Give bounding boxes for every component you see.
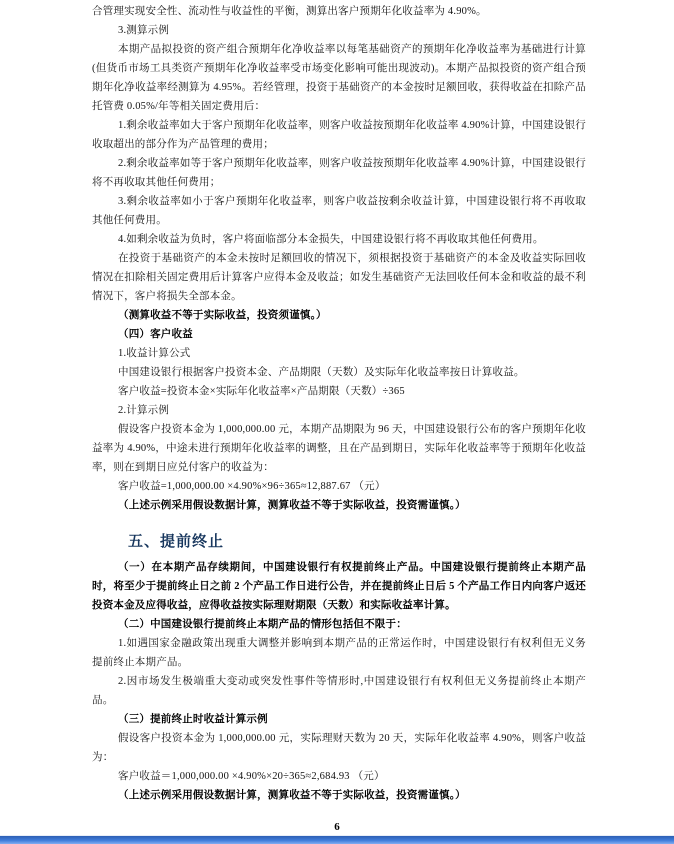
paragraph: 2.剩余收益率如等于客户预期年化收益率，则客户收益按预期年化收益率 4.90%计… (92, 154, 586, 192)
paragraph: 客户收益=投资本金×实际年化收益率×产品期限（天数）÷365 (92, 382, 586, 401)
footer-accent-bar (0, 835, 674, 844)
paragraph: 2.因市场发生极端重大变动或突发性事件等情形时,中国建设银行有权利但无义务提前终… (92, 672, 586, 710)
paragraph: 在投资于基础资产的本金未按时足额回收的情况下，须根据投资于基础资产的本金及收益实… (92, 249, 586, 306)
section-heading: 五、提前终止 (92, 531, 586, 553)
paragraph: 3.测算示例 (92, 21, 586, 40)
paragraph: （上述示例采用假设数据计算，测算收益不等于实际收益，投资需谨慎。） (92, 496, 586, 515)
paragraph: （测算收益不等于实际收益，投资须谨慎。） (92, 306, 586, 325)
paragraph: （四）客户收益 (92, 325, 586, 344)
paragraph: （一）在本期产品存续期间，中国建设银行有权提前终止产品。中国建设银行提前终止本期… (92, 558, 586, 615)
paragraph: 1.剩余收益率如大于客户预期年化收益率，则客户收益按预期年化收益率 4.90%计… (92, 116, 586, 154)
paragraph: （上述示例采用假设数据计算，测算收益不等于实际收益，投资需谨慎。） (92, 786, 586, 805)
paragraph: 客户收益＝1,000,000.00 ×4.90%×20÷365≈2,684.93… (92, 767, 586, 786)
paragraph: 假设客户投资本金为 1,000,000.00 元，实际理财天数为 20 天，实际… (92, 729, 586, 767)
document-body: 合管理实现安全性、流动性与收益性的平衡，测算出客户预期年化收益率为 4.90%。… (92, 2, 586, 805)
paragraph: 3.剩余收益率如小于客户预期年化收益率，则客户收益按剩余收益计算，中国建设银行将… (92, 192, 586, 230)
paragraph: 4.如剩余收益为负时，客户将面临部分本金损失，中国建设银行将不再收取其他任何费用… (92, 230, 586, 249)
paragraph: 假设客户投资本金为 1,000,000.00 元，本期产品期限为 96 天，中国… (92, 420, 586, 477)
document-page: 合管理实现安全性、流动性与收益性的平衡，测算出客户预期年化收益率为 4.90%。… (0, 0, 674, 844)
paragraph: 1.收益计算公式 (92, 344, 586, 363)
paragraph: 中国建设银行根据客户投资本金、产品期限（天数）及实际年化收益率按日计算收益。 (92, 363, 586, 382)
page-number: 6 (0, 821, 674, 833)
paragraph: 合管理实现安全性、流动性与收益性的平衡，测算出客户预期年化收益率为 4.90%。 (92, 2, 586, 21)
paragraph: 1.如遇国家金融政策出现重大调整并影响到本期产品的正常运作时，中国建设银行有权利… (92, 634, 586, 672)
paragraph: 2.计算示例 (92, 401, 586, 420)
paragraph: 本期产品拟投资的资产组合预期年化净收益率以每笔基础资产的预期年化净收益率为基础进… (92, 40, 586, 116)
paragraph: （二）中国建设银行提前终止本期产品的情形包括但不限于： (92, 615, 586, 634)
paragraph: （三）提前终止时收益计算示例 (92, 710, 586, 729)
paragraph: 客户收益=1,000,000.00 ×4.90%×96÷365≈12,887.6… (92, 477, 586, 496)
